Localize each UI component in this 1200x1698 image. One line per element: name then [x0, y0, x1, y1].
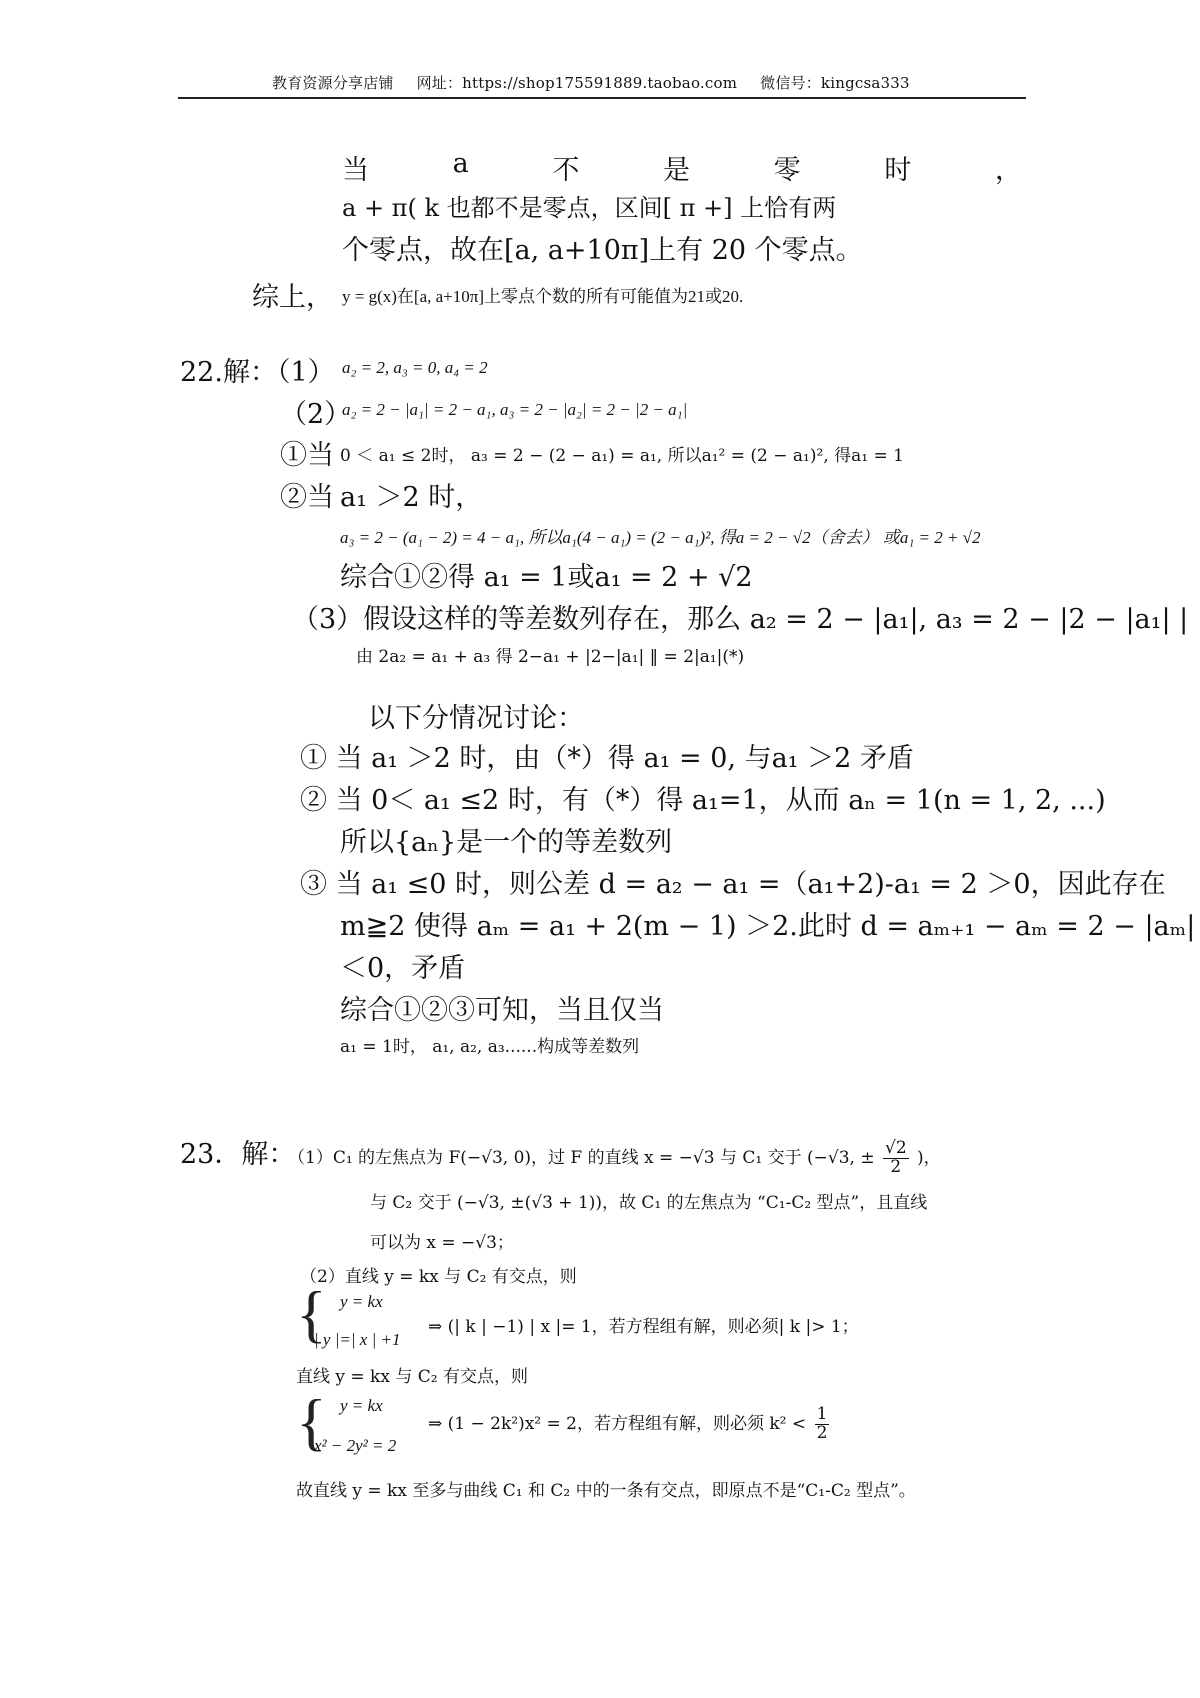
q22-d3: ③ 当 a₁ ≤0 时，则公差 d = a₂ − a₁ =（a₁+2)-a₁ =… [300, 862, 1166, 901]
fraction: 1 2 [815, 1406, 830, 1443]
q22-part1: a₂ = 2, a₃ = 0, a₄ = 2 [342, 358, 488, 378]
q22-d3b: m≧2 使得 aₘ = a₁ + 2(m − 1) ＞2.此时 d = aₘ₊₁… [340, 904, 1200, 943]
q22-case1-label: ①当 [280, 433, 334, 472]
q22-case1: 0 ＜ a₁ ≤ 2时， a₃ = 2 − (2 − a₁) = a₁, 所以a… [340, 441, 904, 466]
q23-part1-text: （1）C₁ 的左焦点为 F(−√3, 0)，过 F 的直线 x = −√3 与 … [288, 1148, 875, 1168]
word: a [453, 148, 469, 187]
word: 是 [663, 148, 690, 187]
q23-part1-end: )， [917, 1148, 941, 1168]
q22-part2: a₂ = 2 − |a₁| = 2 − a₁, a₃ = 2 − |a₂| = … [342, 400, 687, 420]
header-divider [178, 97, 1026, 99]
q22-combine: 综合①②得 a₁ = 1或a₁ = 2 + √2 [340, 555, 753, 594]
q22-part3-eq: 由 2a₂ = a₁ + a₃ 得 2−a₁ + |2−|a₁| ‖ = 2|a… [356, 642, 744, 667]
page-header: 教育资源分享店铺 网址：https://shop175591889.taobao… [272, 72, 928, 93]
q22-d3c: ＜0，矛盾 [340, 946, 465, 985]
q22-title: 22.解：（1） [180, 350, 335, 389]
q22-part2-label: （2） [280, 392, 351, 431]
system1-bottom: | y |=| x | +1 [314, 1330, 400, 1350]
q22-part3: （3）假设这样的等差数列存在，那么 a₂ = 2 − |a₁|, a₃ = 2 … [292, 597, 1188, 636]
q22-case2: a₁ ＞2 时， [340, 475, 482, 514]
q22-conclusion1: 综合①②③可知，当且仅当 [340, 988, 664, 1027]
word: ， [995, 148, 1022, 187]
system1-result: ⇒ (| k | −1) | x |= 1，若方程组有解，则必须| k |> 1… [428, 1312, 859, 1337]
fraction-denominator: 2 [890, 1159, 901, 1177]
shop-name: 教育资源分享店铺 [272, 74, 394, 92]
system1-top: y = kx [340, 1292, 383, 1312]
word: 不 [552, 148, 579, 187]
q22-discuss: 以下分情况讨论： [368, 696, 584, 735]
q23-final: 故直线 y = kx 至多与曲线 C₁ 和 C₂ 中的一条有交点，即原点不是“C… [296, 1476, 916, 1501]
q23-part1: （1）C₁ 的左焦点为 F(−√3, 0)，过 F 的直线 x = −√3 与 … [288, 1140, 941, 1177]
system2-result-text: ⇒ (1 − 2k²)x² = 2，若方程组有解，则必须 k² < [428, 1414, 806, 1434]
q23-part1c: 可以为 x = −√3； [370, 1228, 514, 1253]
q21-line2: a + π( k 也都不是零点，区间[ π +] 上恰有两 [342, 188, 836, 223]
q22-conclusion2: a₁ = 1时， a₁, a₂, a₃......构成等差数列 [340, 1032, 639, 1057]
q21-summary-label: 综上， [252, 275, 333, 314]
q23-part1b: 与 C₂ 交于 (−√3, ±(√3 + 1))，故 C₁ 的左焦点为 “C₁-… [370, 1188, 927, 1213]
q22-case2-label: ②当 [280, 475, 334, 514]
wechat-id: 微信号：kingcsa333 [760, 74, 910, 92]
system2-result: ⇒ (1 − 2k²)x² = 2，若方程组有解，则必须 k² < 1 2 [428, 1406, 832, 1443]
q21-summary: y = g(x)在[a, a+10π]上零点个数的所有可能值为21或20. [342, 282, 743, 307]
q21-line3: 个零点，故在[a, a+10π]上有 20 个零点。 [342, 228, 863, 267]
q22-d2: ② 当 0＜ a₁ ≤2 时，有（*）得 a₁=1，从而 aₙ = 1(n = … [300, 778, 1106, 817]
word: 当 [342, 148, 369, 187]
q23-part2: （2）直线 y = kx 与 C₂ 有交点，则 [300, 1262, 577, 1287]
system2-top: y = kx [340, 1396, 383, 1416]
fraction: √2 2 [883, 1140, 909, 1177]
q22-case2-eq: a₃ = 2 − (a₁ − 2) = 4 − a₁, 所以a₁(4 − a₁)… [340, 523, 981, 548]
fraction-denominator: 2 [817, 1425, 828, 1443]
q22-d1: ① 当 a₁ ＞2 时，由（*）得 a₁ = 0, 与a₁ ＞2 矛盾 [300, 736, 914, 775]
q22-d2b: 所以{aₙ}是一个的等差数列 [340, 820, 672, 859]
word: 时 [884, 148, 911, 187]
q23-part2b: 直线 y = kx 与 C₂ 有交点，则 [296, 1362, 528, 1387]
shop-url: 网址：https://shop175591889.taobao.com [417, 74, 738, 92]
system2-bottom: x² − 2y² = 2 [314, 1436, 396, 1456]
q21-line1: 当 a 不 是 零 时 ， [342, 148, 1022, 187]
word: 零 [774, 148, 801, 187]
q23-title: 23．解： [180, 1132, 295, 1171]
